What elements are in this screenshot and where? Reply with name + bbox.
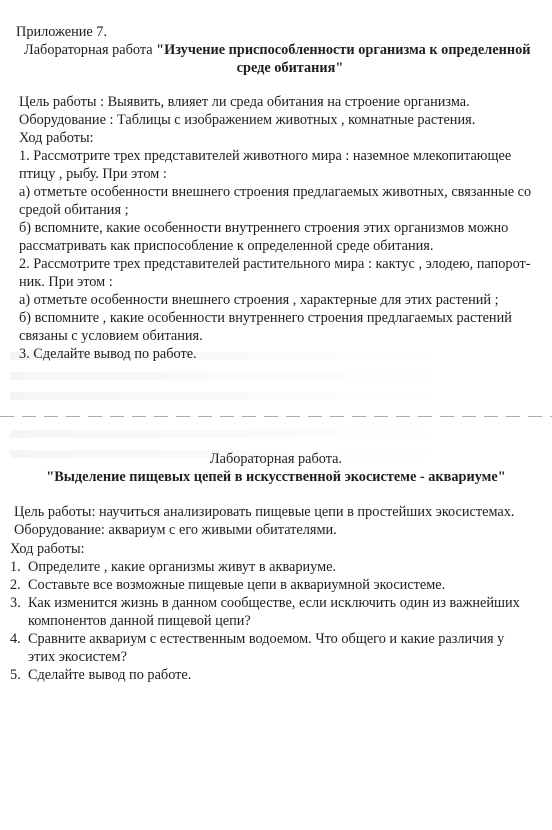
- lab1-title-line2: среде обитания": [14, 59, 552, 78]
- bleed-through-artifact: [10, 392, 450, 400]
- lab2-procedure-label: Ход работы:: [10, 540, 85, 559]
- scanned-document-page: Приложение 7. Лабораторная работа "Изуче…: [0, 0, 552, 830]
- step-text: Сделайте вывод по работе.: [28, 667, 191, 683]
- step-number: 4.: [10, 630, 28, 649]
- appendix-label: Приложение 7.: [16, 23, 107, 42]
- section-separator: [0, 416, 552, 417]
- lab1-line: птицу , рыбу. При этом :: [19, 165, 167, 184]
- lab2-step: 2.Составьте все возможные пищевые цепи в…: [10, 576, 445, 595]
- lab2-step: 5.Сделайте вывод по работе.: [10, 666, 191, 685]
- lab1-title-line1: Лабораторная работа "Изучение приспособл…: [24, 41, 530, 60]
- lab2-goal: Цель работы: научиться анализировать пищ…: [14, 503, 515, 522]
- lab2-title-line1: Лабораторная работа.: [0, 450, 552, 469]
- lab1-line: а) отметьте особенности внешнего строени…: [19, 291, 499, 310]
- lab2-equipment: Оборудование: аквариум с его живыми обит…: [14, 521, 337, 540]
- lab1-line: 1. Рассмотрите трех представителей живот…: [19, 147, 511, 166]
- lab1-goal: Цель работы : Выявить, влияет ли среда о…: [19, 93, 470, 112]
- lab1-line: ник. При этом :: [19, 273, 113, 292]
- lab2-step-continuation: этих экосистем?: [28, 648, 127, 667]
- lab1-line: связаны с условием обитания.: [19, 327, 203, 346]
- lab1-procedure-label: Ход работы:: [19, 129, 94, 148]
- lab2-step: 1.Определите , какие организмы живут в а…: [10, 558, 336, 577]
- lab1-equipment: Оборудование : Таблицы с изображением жи…: [19, 111, 475, 130]
- lab2-step: 4.Сравните аквариум с естественным водое…: [10, 630, 504, 649]
- lab1-title-bold: "Изучение приспособленности организма к …: [156, 42, 530, 58]
- step-text: Как изменится жизнь в данном сообществе,…: [28, 595, 520, 611]
- lab1-line: б) вспомните , какие особенности внутрен…: [19, 309, 512, 328]
- lab1-line: 3. Сделайте вывод по работе.: [19, 345, 197, 364]
- step-number: 2.: [10, 576, 28, 595]
- step-text: Определите , какие организмы живут в акв…: [28, 559, 336, 575]
- step-number: 1.: [10, 558, 28, 577]
- lab2-step-continuation: компонентов данной пищевой цепи?: [28, 612, 251, 631]
- step-text: Составьте все возможные пищевые цепи в а…: [28, 577, 445, 593]
- lab1-line: средой обитания ;: [19, 201, 129, 220]
- lab1-line: 2. Рассмотрите трех представителей расти…: [19, 255, 531, 274]
- step-text: Сравните аквариум с естественным водоемо…: [28, 631, 504, 647]
- lab1-line: а) отметьте особенности внешнего строени…: [19, 183, 531, 202]
- bleed-through-artifact: [10, 430, 450, 438]
- lab2-step: 3.Как изменится жизнь в данном сообществ…: [10, 594, 520, 613]
- lab1-line: рассматривать как приспособление к опред…: [19, 237, 433, 256]
- lab1-line: б) вспомните, какие особенности внутренн…: [19, 219, 508, 238]
- lab2-title-line2: "Выделение пищевых цепей в искусственной…: [0, 468, 552, 487]
- bleed-through-artifact: [10, 372, 450, 380]
- step-number: 3.: [10, 594, 28, 613]
- lab1-title-prefix: Лабораторная работа: [24, 42, 156, 58]
- step-number: 5.: [10, 666, 28, 685]
